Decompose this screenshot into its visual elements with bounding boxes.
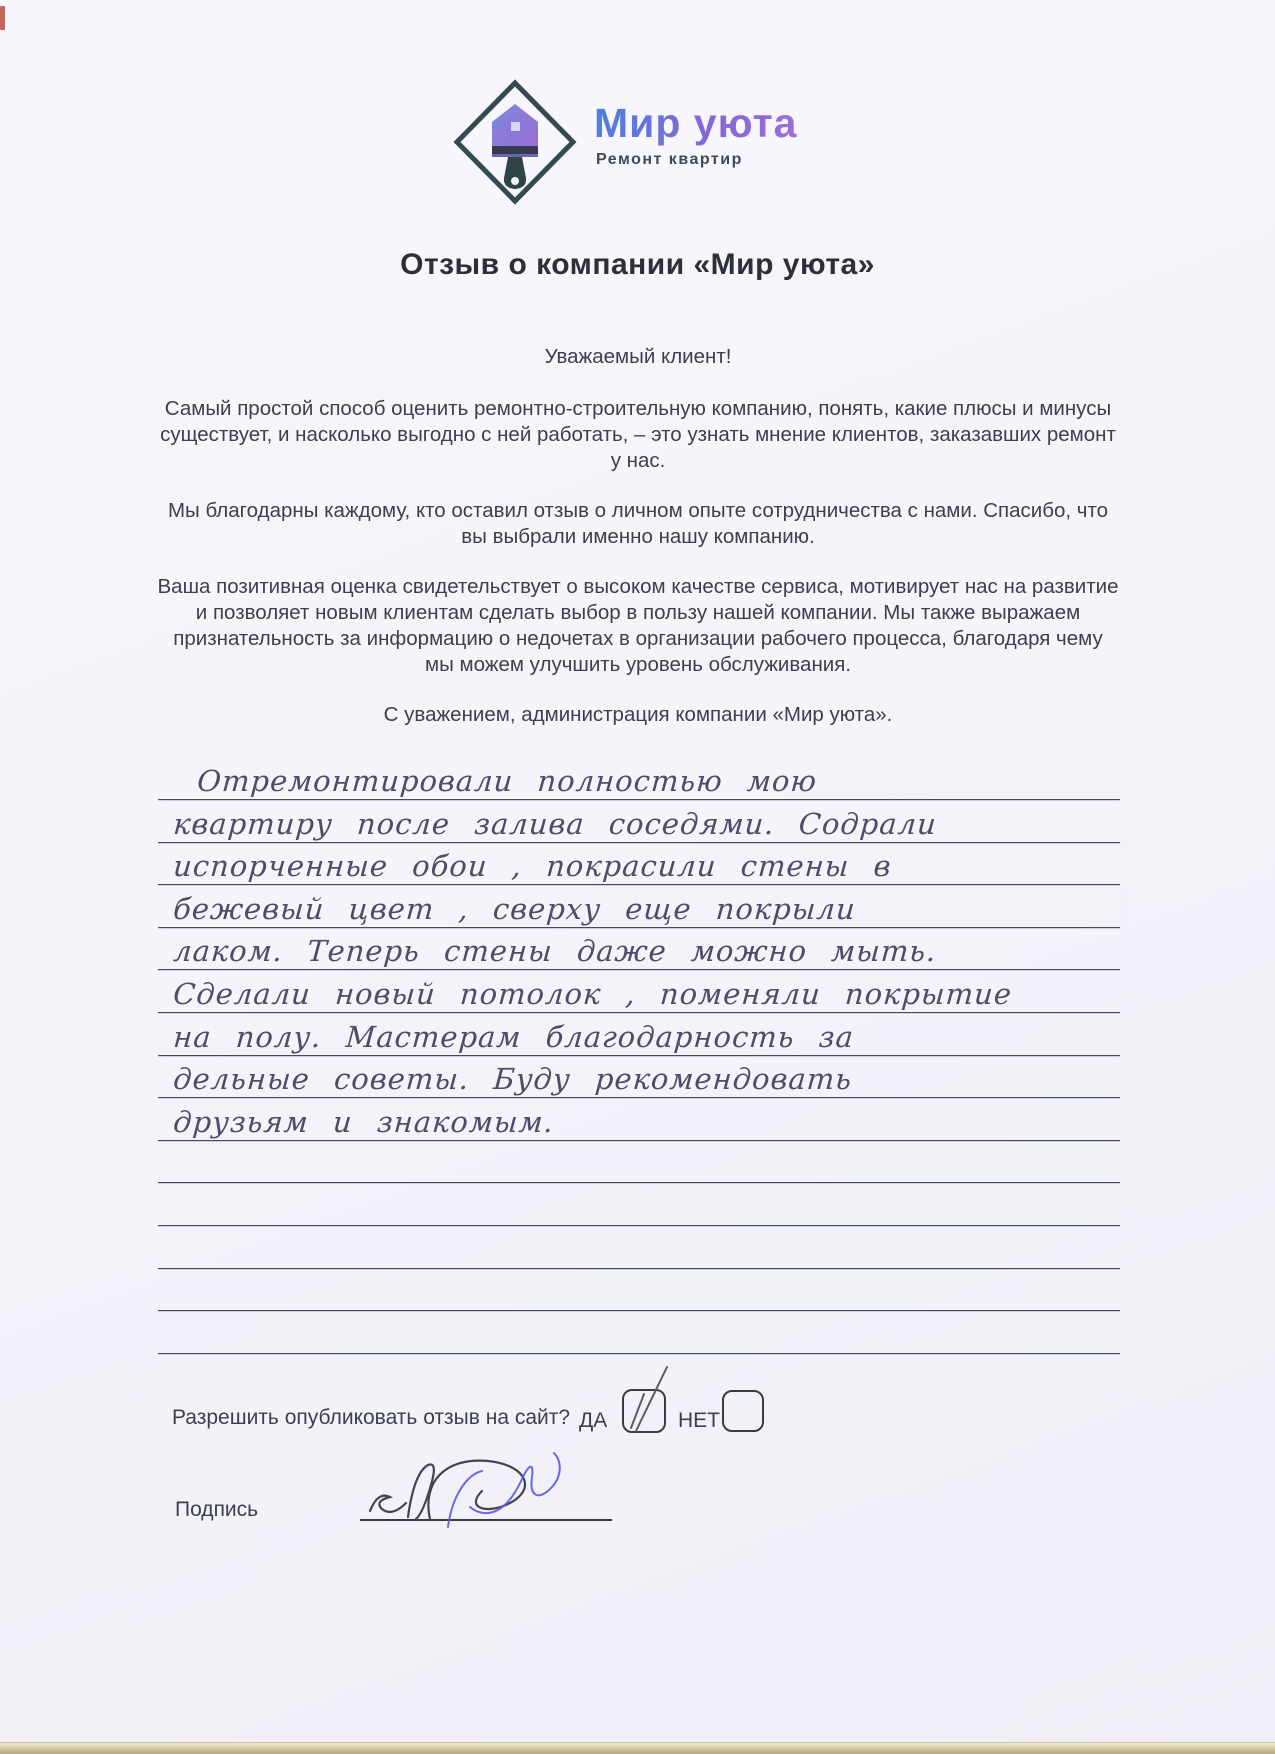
scan-artifact-red-mark bbox=[0, 6, 5, 30]
scan-edge-bottom bbox=[0, 1742, 1275, 1754]
no-checkbox bbox=[722, 1390, 764, 1432]
greeting: Уважаемый клиент! bbox=[157, 344, 1119, 370]
form-title: Отзыв о компании «Мир уюта» bbox=[0, 248, 1275, 282]
pen-check-mark bbox=[624, 1391, 664, 1431]
paintbrush-diamond-icon bbox=[452, 78, 578, 206]
review-line-blank bbox=[158, 1140, 1123, 1183]
yes-checkbox bbox=[622, 1389, 666, 1433]
review-line: Сделали новый потолок , поменяли покрыти… bbox=[158, 970, 1123, 1013]
paragraph-1: Самый простой способ оценить ремонтно-ст… bbox=[157, 396, 1119, 474]
brand-tagline: Ремонт квартир bbox=[594, 151, 797, 169]
yes-label: ДА bbox=[579, 1409, 607, 1433]
review-line: бежевый цвет , сверху еще покрыли bbox=[158, 885, 1123, 928]
handwritten-signature bbox=[352, 1437, 612, 1537]
review-line-blank bbox=[158, 1311, 1123, 1354]
signature-label: Подпись bbox=[175, 1498, 258, 1522]
intro-text: Уважаемый клиент! Самый простой способ о… bbox=[157, 344, 1119, 752]
review-line-blank bbox=[158, 1268, 1123, 1311]
review-line: квартиру после залива соседями. Содрали bbox=[158, 800, 1123, 843]
paragraph-2: Мы благодарны каждому, кто оставил отзыв… bbox=[157, 498, 1119, 550]
review-line: дельные советы. Буду рекомендовать bbox=[158, 1055, 1123, 1098]
review-line: друзьям и знакомым. bbox=[158, 1098, 1123, 1141]
review-line: Отремонтировали полностью мою bbox=[158, 757, 1123, 800]
review-line-blank bbox=[158, 1226, 1123, 1269]
scanned-review-form: Мир уюта Ремонт квартир Отзыв о компании… bbox=[0, 0, 1275, 1754]
publish-question: Разрешить опубликовать отзыв на сайт? bbox=[172, 1406, 570, 1430]
review-line-blank bbox=[158, 1183, 1123, 1226]
review-line: лаком. Теперь стены даже можно мыть. bbox=[158, 927, 1123, 970]
brand-name: Мир уюта bbox=[594, 100, 797, 147]
regards-line: С уважением, администрация компании «Мир… bbox=[157, 702, 1119, 728]
company-logo: Мир уюта Ремонт квартир bbox=[452, 78, 797, 206]
paragraph-3: Ваша позитивная оценка свидетельствует о… bbox=[157, 574, 1119, 678]
no-label: НЕТ bbox=[678, 1409, 720, 1433]
logo-text: Мир уюта Ремонт квартир bbox=[594, 78, 797, 169]
handwritten-review: Отремонтировали полностью мою квартиру п… bbox=[158, 757, 1120, 1353]
review-line: на полу. Мастерам благодарность за bbox=[158, 1013, 1123, 1056]
review-line: испорченные обои , покрасили стены в bbox=[158, 842, 1123, 885]
